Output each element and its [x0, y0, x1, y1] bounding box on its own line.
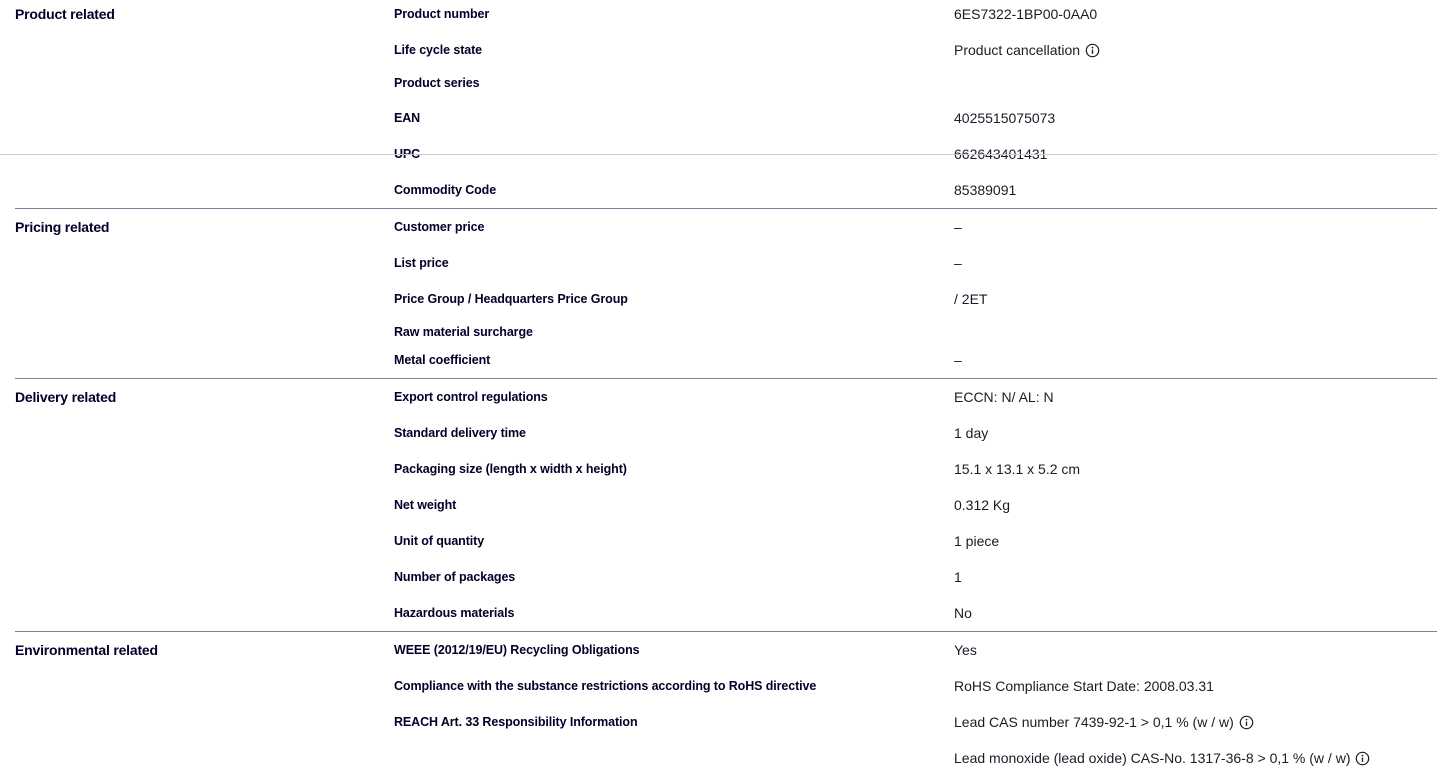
row-value-packaging-size-length-x-width-x-height: 15.1 x 13.1 x 5.2 cm	[954, 460, 1080, 478]
row-value-unit-of-quantity: 1 piece	[954, 532, 999, 550]
row-label-hazardous-materials: Hazardous materials	[394, 604, 514, 622]
row-value-compliance-with-the-substance-restrictions-according-to-rohs-directive: RoHS Compliance Start Date: 2008.03.31	[954, 677, 1214, 695]
value-text: 1	[954, 568, 962, 586]
value-text: RoHS Compliance Start Date: 2008.03.31	[954, 677, 1214, 695]
row-value-net-weight: 0.312 Kg	[954, 496, 1010, 514]
row-value-commodity-code: 85389091	[954, 181, 1016, 199]
row-label-raw-material-surcharge: Raw material surcharge	[394, 323, 533, 341]
value-text: Lead CAS number 7439-92-1 > 0,1 % (w / w…	[954, 713, 1234, 731]
row-value-standard-delivery-time: 1 day	[954, 424, 988, 442]
section-title-pricing-related: Pricing related	[15, 218, 109, 236]
info-icon[interactable]	[1239, 715, 1254, 730]
section-title-environmental-related: Environmental related	[15, 641, 158, 659]
info-icon[interactable]	[1355, 751, 1370, 766]
value-text: 85389091	[954, 181, 1016, 199]
value-text: Lead monoxide (lead oxide) CAS-No. 1317-…	[954, 749, 1350, 767]
row-value-price-group-headquarters-price-group: / 2ET	[954, 290, 987, 308]
value-text: 4025515075073	[954, 109, 1055, 127]
value-text: / 2ET	[954, 290, 987, 308]
row-label-export-control-regulations: Export control regulations	[394, 388, 548, 406]
value-text: 6ES7322-1BP00-0AA0	[954, 5, 1097, 23]
value-text: –	[954, 218, 962, 236]
row-label-number-of-packages: Number of packages	[394, 568, 515, 586]
row-value-weee-2012-19-eu-recycling-obligations: Yes	[954, 641, 977, 659]
row-value-list-price: –	[954, 254, 962, 272]
section-divider	[15, 378, 1437, 379]
row-label-list-price: List price	[394, 254, 449, 272]
row-value-customer-price: –	[954, 218, 962, 236]
row-label-standard-delivery-time: Standard delivery time	[394, 424, 526, 442]
row-label-net-weight: Net weight	[394, 496, 456, 514]
row-label-price-group-headquarters-price-group: Price Group / Headquarters Price Group	[394, 290, 628, 308]
row-value-ean: 4025515075073	[954, 109, 1055, 127]
row-label-metal-coefficient: Metal coefficient	[394, 351, 490, 369]
value-text: 1 piece	[954, 532, 999, 550]
value-text: –	[954, 351, 962, 369]
info-icon[interactable]	[1085, 43, 1100, 58]
row-label-compliance-with-the-substance-restrictions-according-to-rohs-directive: Compliance with the substance restrictio…	[394, 677, 816, 695]
row-value-life-cycle-state: Product cancellation	[954, 41, 1100, 59]
row-label-product-series: Product series	[394, 74, 479, 92]
row-value-export-control-regulations: ECCN: N/ AL: N	[954, 388, 1054, 406]
section-title-delivery-related: Delivery related	[15, 388, 116, 406]
row-label-reach-art-33-responsibility-information: REACH Art. 33 Responsibility Information	[394, 713, 637, 731]
faint-divider	[0, 154, 1437, 155]
row-label-weee-2012-19-eu-recycling-obligations: WEEE (2012/19/EU) Recycling Obligations	[394, 641, 639, 659]
value-text: 1 day	[954, 424, 988, 442]
section-divider	[15, 208, 1437, 209]
row-label-commodity-code: Commodity Code	[394, 181, 496, 199]
row-value-reach-art-33-responsibility-information: Lead CAS number 7439-92-1 > 0,1 % (w / w…	[954, 713, 1254, 731]
row-label-unit-of-quantity: Unit of quantity	[394, 532, 484, 550]
section-divider	[15, 631, 1437, 632]
row-value-product-number: 6ES7322-1BP00-0AA0	[954, 5, 1097, 23]
row-value-reach-art-33-responsibility-information: Lead monoxide (lead oxide) CAS-No. 1317-…	[954, 749, 1370, 767]
value-text: –	[954, 254, 962, 272]
row-label-product-number: Product number	[394, 5, 489, 23]
value-text: ECCN: N/ AL: N	[954, 388, 1054, 406]
row-label-packaging-size-length-x-width-x-height: Packaging size (length x width x height)	[394, 460, 627, 478]
row-label-life-cycle-state: Life cycle state	[394, 41, 482, 59]
row-label-customer-price: Customer price	[394, 218, 484, 236]
value-text: No	[954, 604, 972, 622]
row-label-ean: EAN	[394, 109, 420, 127]
value-text: 15.1 x 13.1 x 5.2 cm	[954, 460, 1080, 478]
row-value-metal-coefficient: –	[954, 351, 962, 369]
row-value-number-of-packages: 1	[954, 568, 962, 586]
row-value-hazardous-materials: No	[954, 604, 972, 622]
value-text: Yes	[954, 641, 977, 659]
section-title-product-related: Product related	[15, 5, 115, 23]
value-text: Product cancellation	[954, 41, 1080, 59]
value-text: 0.312 Kg	[954, 496, 1010, 514]
